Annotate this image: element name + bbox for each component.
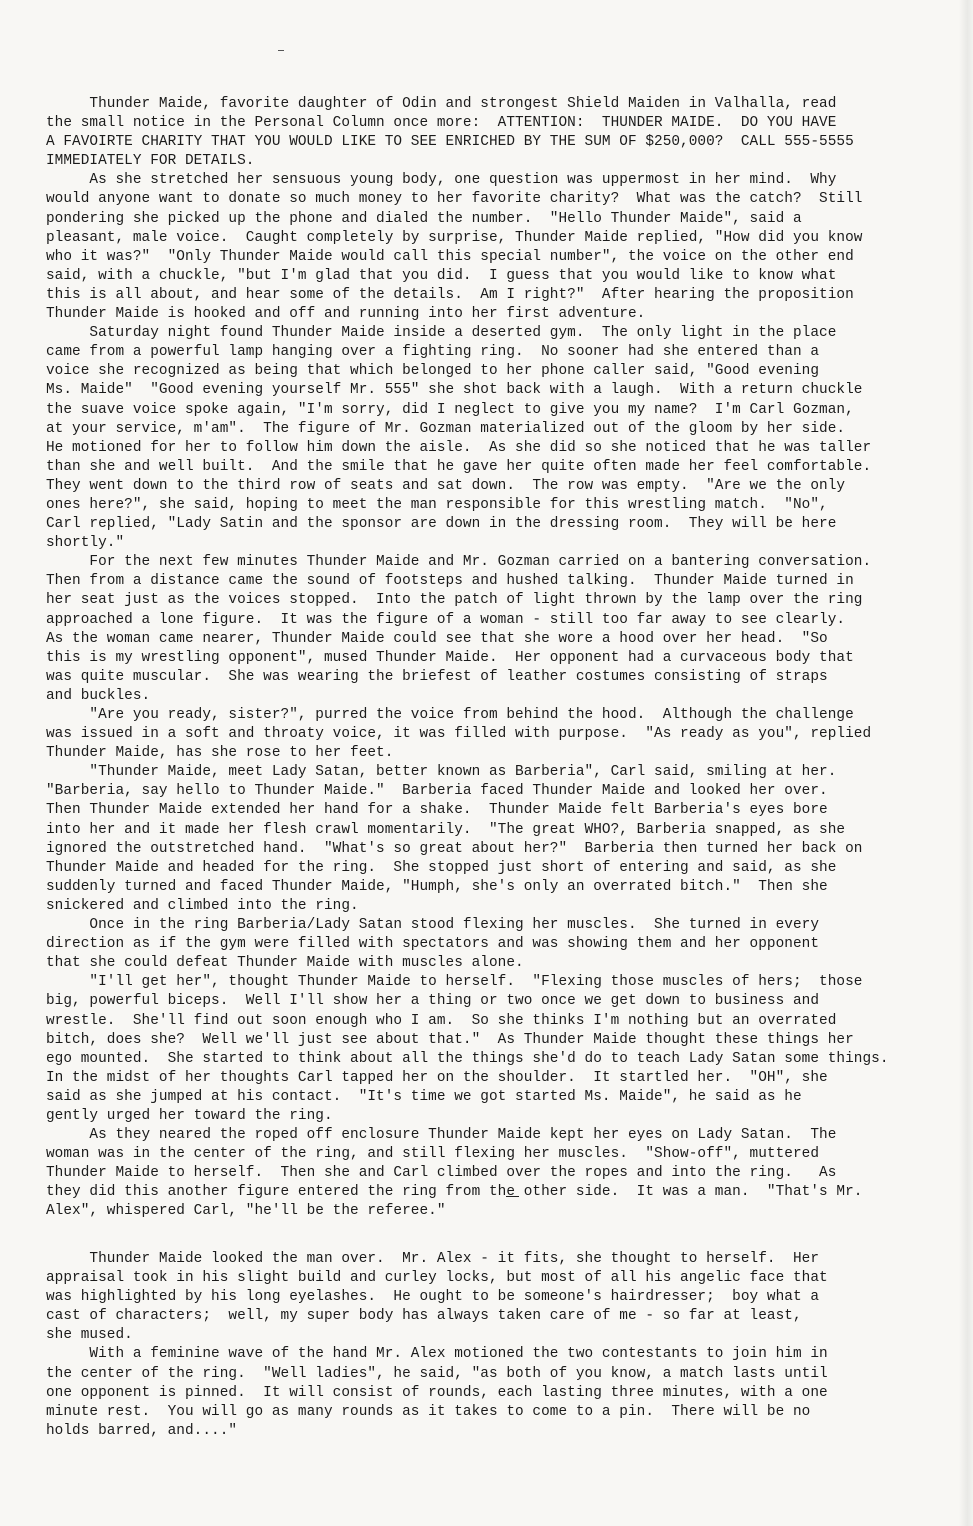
text-line: said, with a chuckle, "but I'm glad that… (46, 267, 961, 286)
text-line: Thunder Maide to herself. Then she and C… (46, 1164, 961, 1183)
text-line: at your service, m'am". The figure of Mr… (46, 420, 961, 439)
text-line: the center of the ring. "Well ladies", h… (46, 1365, 961, 1384)
text-line: With a feminine wave of the hand Mr. Ale… (46, 1345, 961, 1364)
stray-mark (278, 50, 284, 51)
text-line: ones here?", she said, hoping to meet th… (46, 496, 961, 515)
text-line: her seat just as the voices stopped. Int… (46, 591, 961, 610)
section-divider (506, 1196, 519, 1197)
paragraph: As they neared the roped off enclosure T… (46, 1126, 961, 1221)
paragraph: For the next few minutes Thunder Maide a… (46, 553, 961, 706)
text-line: holds barred, and...." (46, 1422, 961, 1441)
text-line: pleasant, male voice. Caught completely … (46, 229, 961, 248)
text-line: gently urged her toward the ring. (46, 1107, 961, 1126)
text-line: He motioned for her to follow him down t… (46, 439, 961, 458)
text-line: In the midst of her thoughts Carl tapped… (46, 1069, 961, 1088)
text-line: appraisal took in his slight build and c… (46, 1269, 961, 1288)
text-line: who it was?" "Only Thunder Maide would c… (46, 248, 961, 267)
text-line: Saturday night found Thunder Maide insid… (46, 324, 961, 343)
text-line: Thunder Maide, has she rose to her feet. (46, 744, 961, 763)
text-line: "Are you ready, sister?", purred the voi… (46, 706, 961, 725)
text-line: they did this another figure entered the… (46, 1183, 961, 1202)
text-line: Thunder Maide, favorite daughter of Odin… (46, 95, 961, 114)
text-line: Thunder Maide and headed for the ring. S… (46, 859, 961, 878)
text-line: "Thunder Maide, meet Lady Satan, better … (46, 763, 961, 782)
text-line: ignored the outstretched hand. "What's s… (46, 840, 961, 859)
text-line: Carl replied, "Lady Satin and the sponso… (46, 515, 961, 534)
text-line: big, powerful biceps. Well I'll show her… (46, 992, 961, 1011)
paragraph: Thunder Maide, favorite daughter of Odin… (46, 95, 961, 171)
text-line: would anyone want to donate so much mone… (46, 190, 961, 209)
text-line: A FAVOIRTE CHARITY THAT YOU WOULD LIKE T… (46, 133, 961, 152)
text-line: IMMEDIATELY FOR DETAILS. (46, 152, 961, 171)
text-line: minute rest. You will go as many rounds … (46, 1403, 961, 1422)
paragraph: Thunder Maide looked the man over. Mr. A… (46, 1250, 961, 1345)
story-part-1: Thunder Maide, favorite daughter of Odin… (46, 95, 961, 1222)
text-line: Then from a distance came the sound of f… (46, 572, 961, 591)
text-line: direction as if the gym were filled with… (46, 935, 961, 954)
text-line: the suave voice spoke again, "I'm sorry,… (46, 401, 961, 420)
text-line: bitch, does she? Well we'll just see abo… (46, 1031, 961, 1050)
text-line: was issued in a soft and throaty voice, … (46, 725, 961, 744)
scan-edge-shadow (959, 0, 973, 1526)
text-line: than she and well built. And the smile t… (46, 458, 961, 477)
text-line: the small notice in the Personal Column … (46, 114, 961, 133)
text-line: As they neared the roped off enclosure T… (46, 1126, 961, 1145)
story-part-2: Thunder Maide looked the man over. Mr. A… (46, 1250, 961, 1441)
document-page: Thunder Maide, favorite daughter of Odin… (0, 0, 973, 1526)
text-line: cast of characters; well, my super body … (46, 1307, 961, 1326)
text-line: Thunder Maide looked the man over. Mr. A… (46, 1250, 961, 1269)
text-line: As the woman came nearer, Thunder Maide … (46, 630, 961, 649)
paragraph: "Thunder Maide, meet Lady Satan, better … (46, 763, 961, 916)
text-line: into her and it made her flesh crawl mom… (46, 821, 961, 840)
text-line: As she stretched her sensuous young body… (46, 171, 961, 190)
text-line: this is my wrestling opponent", mused Th… (46, 649, 961, 668)
text-line: woman was in the center of the ring, and… (46, 1145, 961, 1164)
paragraph: Saturday night found Thunder Maide insid… (46, 324, 961, 553)
text-line: Ms. Maide" "Good evening yourself Mr. 55… (46, 381, 961, 400)
text-line: pondering she picked up the phone and di… (46, 210, 961, 229)
text-line: shortly." (46, 534, 961, 553)
text-line: one opponent is pinned. It will consist … (46, 1384, 961, 1403)
paragraph: "I'll get her", thought Thunder Maide to… (46, 973, 961, 1126)
paragraph: With a feminine wave of the hand Mr. Ale… (46, 1345, 961, 1440)
text-line: this is all about, and hear some of the … (46, 286, 961, 305)
text-line: snickered and climbed into the ring. (46, 897, 961, 916)
text-line: that she could defeat Thunder Maide with… (46, 954, 961, 973)
text-line: approached a lone figure. It was the fig… (46, 611, 961, 630)
text-line: "Barberia, say hello to Thunder Maide." … (46, 782, 961, 801)
paragraph: As she stretched her sensuous young body… (46, 171, 961, 324)
text-line: and buckles. (46, 687, 961, 706)
paragraph: "Are you ready, sister?", purred the voi… (46, 706, 961, 763)
text-line: ego mounted. She started to think about … (46, 1050, 961, 1069)
text-line: Once in the ring Barberia/Lady Satan sto… (46, 916, 961, 935)
text-line: suddenly turned and faced Thunder Maide,… (46, 878, 961, 897)
text-line: Alex", whispered Carl, "he'll be the ref… (46, 1202, 961, 1221)
text-line: wrestle. She'll find out soon enough who… (46, 1012, 961, 1031)
text-line: "I'll get her", thought Thunder Maide to… (46, 973, 961, 992)
text-line: was highlighted by his long eyelashes. H… (46, 1288, 961, 1307)
paragraph: Once in the ring Barberia/Lady Satan sto… (46, 916, 961, 973)
text-line: Then Thunder Maide extended her hand for… (46, 801, 961, 820)
text-line: said as she jumped at his contact. "It's… (46, 1088, 961, 1107)
text-line: she mused. (46, 1326, 961, 1345)
text-line: Thunder Maide is hooked and off and runn… (46, 305, 961, 324)
text-line: They went down to the third row of seats… (46, 477, 961, 496)
text-line: was quite muscular. She was wearing the … (46, 668, 961, 687)
text-line: came from a powerful lamp hanging over a… (46, 343, 961, 362)
text-line: For the next few minutes Thunder Maide a… (46, 553, 961, 572)
text-line: voice she recognized as being that which… (46, 362, 961, 381)
